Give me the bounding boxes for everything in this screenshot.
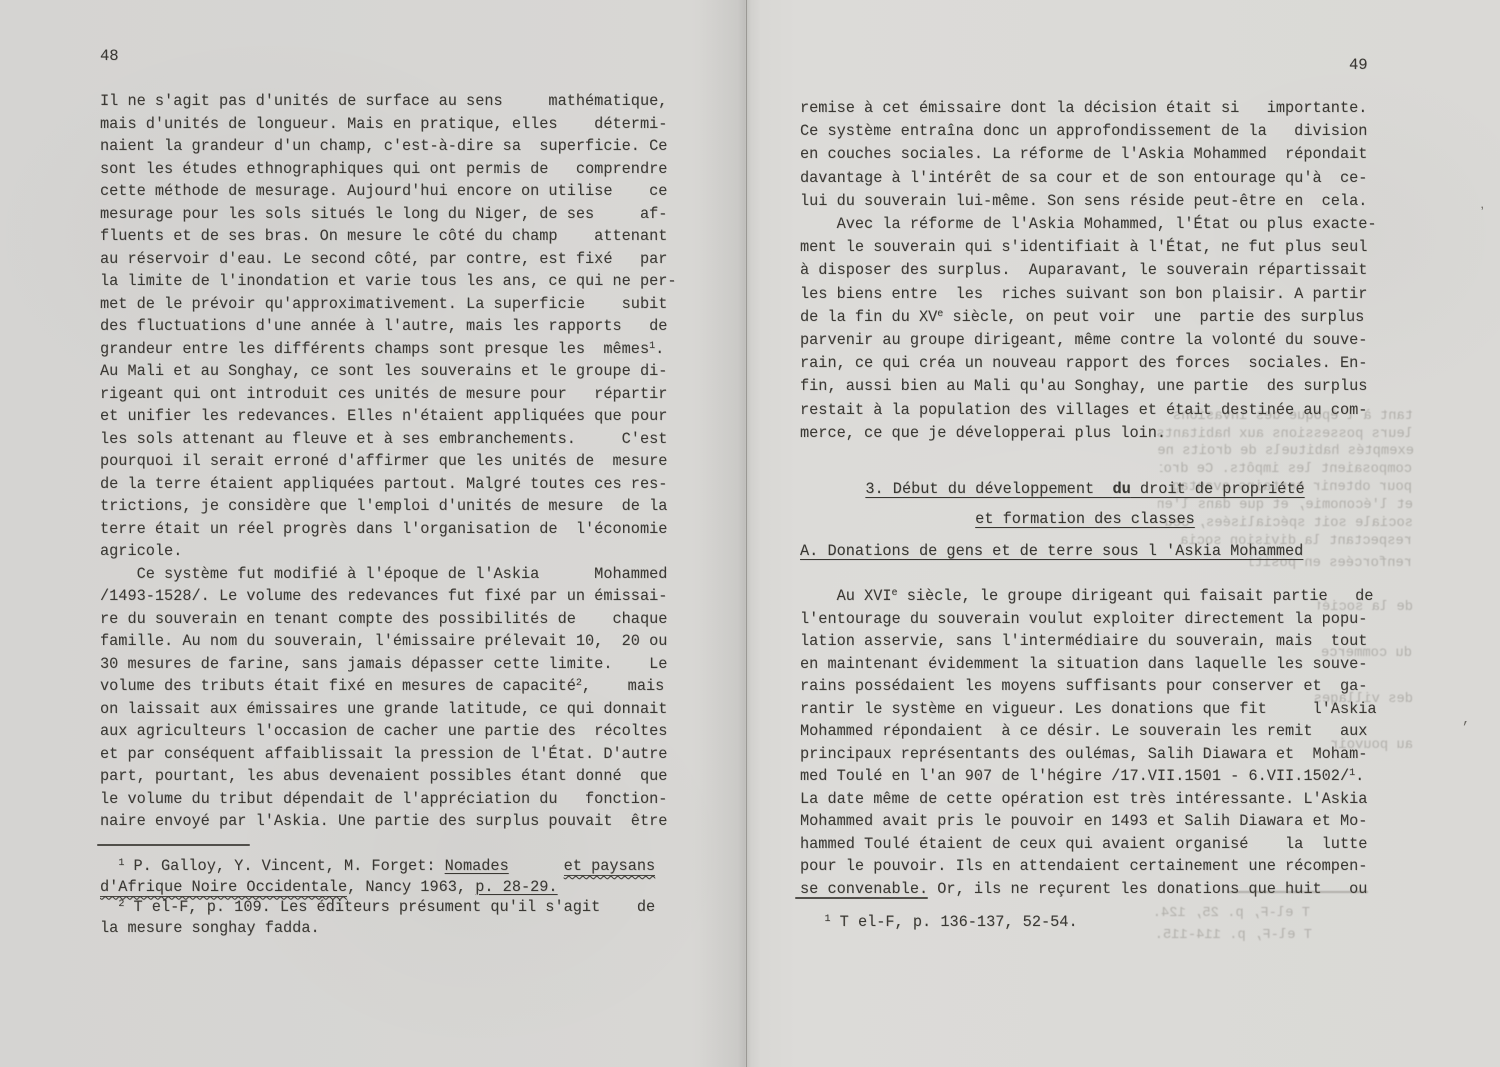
scan-background: 48 Il ne s'agit pas d'unités de surface … xyxy=(0,0,1500,1067)
right-page-body2-text: Au XVIe siècle, le groupe dirigeant qui … xyxy=(800,585,1377,900)
text-line: au réservoir d'eau. Le second côté, par … xyxy=(100,248,677,271)
text-line: ment le souverain qui s'identifiait à l'… xyxy=(800,236,1377,259)
text-line: 1 P. Galloy, Y. Vincent, M. Forget: Noma… xyxy=(100,856,655,877)
text-line: rain, ce qui créa un nouveau rapport des… xyxy=(800,352,1377,375)
text-line: pourquoi il serait erroné d'affirmer que… xyxy=(100,450,677,473)
text-line: aux agriculteurs l'occasion de cacher un… xyxy=(100,720,677,743)
scan-artifact: ʼ xyxy=(1478,206,1486,223)
text-line: d'Afrique Noire Occidentale, Nancy 1963,… xyxy=(100,877,655,898)
bleedthrough-text: T el-F, p. 25, 124. xyxy=(1148,906,1310,923)
text-line: fin, aussi bien au Mali qu'au Songhay, u… xyxy=(800,375,1377,398)
text-line: naire envoyé par l'Askia. Une partie des… xyxy=(100,810,677,833)
text-line: en couches sociales. La réforme de l'Ask… xyxy=(800,143,1377,166)
text-line: rains possédaient les moyens suffisants … xyxy=(800,675,1377,698)
text-line: Avec la réforme de l'Askia Mohammed, l'É… xyxy=(800,213,1377,236)
text-line: lui du souverain lui-même. Son sens rési… xyxy=(800,190,1377,213)
text-line: Il ne s'agit pas d'unités de surface au … xyxy=(100,90,677,113)
text-line: des fluctuations d'une année à l'autre, … xyxy=(100,315,677,338)
text-line: trictions, je considère que l'emploi d'u… xyxy=(100,495,677,518)
text-line: les biens entre les riches suivant son b… xyxy=(800,283,1377,306)
text-line: mais d'unités de longueur. Mais en prati… xyxy=(100,113,677,136)
text-line: fluents et de ses bras. On mesure le côt… xyxy=(100,225,677,248)
text-line: part, pourtant, les abus devenaient poss… xyxy=(100,765,677,788)
bleedthrough-text: T el-F, p. 114-115. xyxy=(1140,928,1312,945)
text-line: re du souverain en tenant compte des pos… xyxy=(100,608,677,631)
text-line: de la fin du XVe siècle, on peut voir un… xyxy=(800,306,1377,329)
text-line: la limite de l'inondation et varie tous … xyxy=(100,270,677,293)
page-number-left: 48 xyxy=(100,47,119,65)
text-line: la mesure songhay fadda. xyxy=(100,918,655,939)
text-line: agricole. xyxy=(100,540,677,563)
text-line: restait à la population des villages et … xyxy=(800,399,1377,422)
text-line: naient la grandeur d'un champ, c'est-à-d… xyxy=(100,135,677,158)
text-line: cette méthode de mesurage. Aujourd'hui e… xyxy=(100,180,677,203)
left-footnote-rule xyxy=(97,844,250,846)
text-line: et par conséquent affaiblissait la press… xyxy=(100,743,677,766)
text-line: hammed Toulé étaient de ceux qui avaient… xyxy=(800,833,1377,856)
text-line: à disposer des surplus. Auparavant, le s… xyxy=(800,259,1377,282)
text-line: sont les études ethnographiques qui ont … xyxy=(100,158,677,181)
text-line: met de le prévoir qu'approximativement. … xyxy=(100,293,677,316)
subsection-heading: A. Donations de gens et de terre sous l … xyxy=(800,542,1303,560)
text-line: Ce système entraîna donc un approfondiss… xyxy=(800,120,1377,143)
text-line: terre était un réel progrès dans l'organ… xyxy=(100,518,677,541)
scan-artifact: , xyxy=(1462,712,1470,729)
page-number-right: 49 xyxy=(1349,56,1368,74)
subsection-heading-text: A. Donations de gens et de terre sous l … xyxy=(800,542,1303,560)
section-heading-line2: et formation des classes xyxy=(800,504,1370,534)
section-heading-line1-text: 3. Début du développement du droit de pr… xyxy=(865,480,1304,498)
text-line: parvenir au groupe dirigeant, même contr… xyxy=(800,329,1377,352)
text-line: l'entourage du souverain voulut exploite… xyxy=(800,608,1377,631)
bleedthrough-text: exemptés habituels de droits ne leur é xyxy=(1152,444,1414,461)
text-line: med Toulé en l'an 907 de l'hégire /17.VI… xyxy=(800,765,1377,788)
text-line: de la terre étaient appliquées partout. … xyxy=(100,473,677,496)
section-heading: 3. Début du développement du droit de pr… xyxy=(800,474,1370,534)
text-line: Mohammed répondaient à ce désir. Le souv… xyxy=(800,720,1377,743)
text-line: les sols attenant au fleuve et à ses emb… xyxy=(100,428,677,451)
text-line: volume des tributs était fixé en mesures… xyxy=(100,675,677,698)
text-line: pour le pouvoir. Ils en attendaient cert… xyxy=(800,855,1377,878)
text-line: mesurage pour les sols situés le long du… xyxy=(100,203,677,226)
text-line: et unifier les redevances. Elles n'étaie… xyxy=(100,405,677,428)
text-line: famille. Au nom du souverain, l'émissair… xyxy=(100,630,677,653)
text-line: rantir le système en vigueur. Les donati… xyxy=(800,698,1377,721)
page-gutter-shadow xyxy=(698,0,798,1067)
text-line: Ce système fut modifié à l'époque de l'A… xyxy=(100,563,677,586)
text-line: 1 T el-F, p. 136-137, 52-54. xyxy=(797,912,1078,933)
text-line: 2 T el-F, p. 109. Les éditeurs présument… xyxy=(100,897,655,918)
text-line: 30 mesures de farine, sans jamais dépass… xyxy=(100,653,677,676)
text-line: La date même de cette opération est très… xyxy=(800,788,1377,811)
text-line: lation asservie, sans l'intermédiaire du… xyxy=(800,630,1377,653)
text-line: Mohammed avait pris le pouvoir en 1493 e… xyxy=(800,810,1377,833)
text-line: on laissait aux émissaires une grande la… xyxy=(100,698,677,721)
text-line: le volume du tribut dépendait de l'appré… xyxy=(100,788,677,811)
section-heading-line2-text: et formation des classes xyxy=(975,510,1195,528)
text-line: rigeant qui ont introduit ces unités de … xyxy=(100,383,677,406)
text-line: merce, ce que je développerai plus loin. xyxy=(800,422,1377,445)
text-line: Au XVIe siècle, le groupe dirigeant qui … xyxy=(800,585,1377,608)
text-line: davantage à l'intérêt de sa cour et de s… xyxy=(800,167,1377,190)
right-page-body-text: remise à cet émissaire dont la décision … xyxy=(800,97,1377,445)
page-gutter-edge xyxy=(746,0,747,1067)
left-page-body-text: Il ne s'agit pas d'unités de surface au … xyxy=(100,90,677,833)
text-line: Au Mali et au Songhay, ce sont les souve… xyxy=(100,360,677,383)
left-page-footnotes: 1 P. Galloy, Y. Vincent, M. Forget: Noma… xyxy=(100,856,655,938)
text-line: principaux représentants des oulémas, Sa… xyxy=(800,743,1377,766)
text-line: en maintenant évidemment la situation da… xyxy=(800,653,1377,676)
right-page-footnotes: 1 T el-F, p. 136-137, 52-54. xyxy=(797,912,1078,933)
text-line: remise à cet émissaire dont la décision … xyxy=(800,97,1377,120)
text-line: /1493-1528/. Le volume des redevances fu… xyxy=(100,585,677,608)
section-heading-line1: 3. Début du développement du droit de pr… xyxy=(800,474,1370,504)
text-line: grandeur entre les différents champs son… xyxy=(100,338,677,361)
